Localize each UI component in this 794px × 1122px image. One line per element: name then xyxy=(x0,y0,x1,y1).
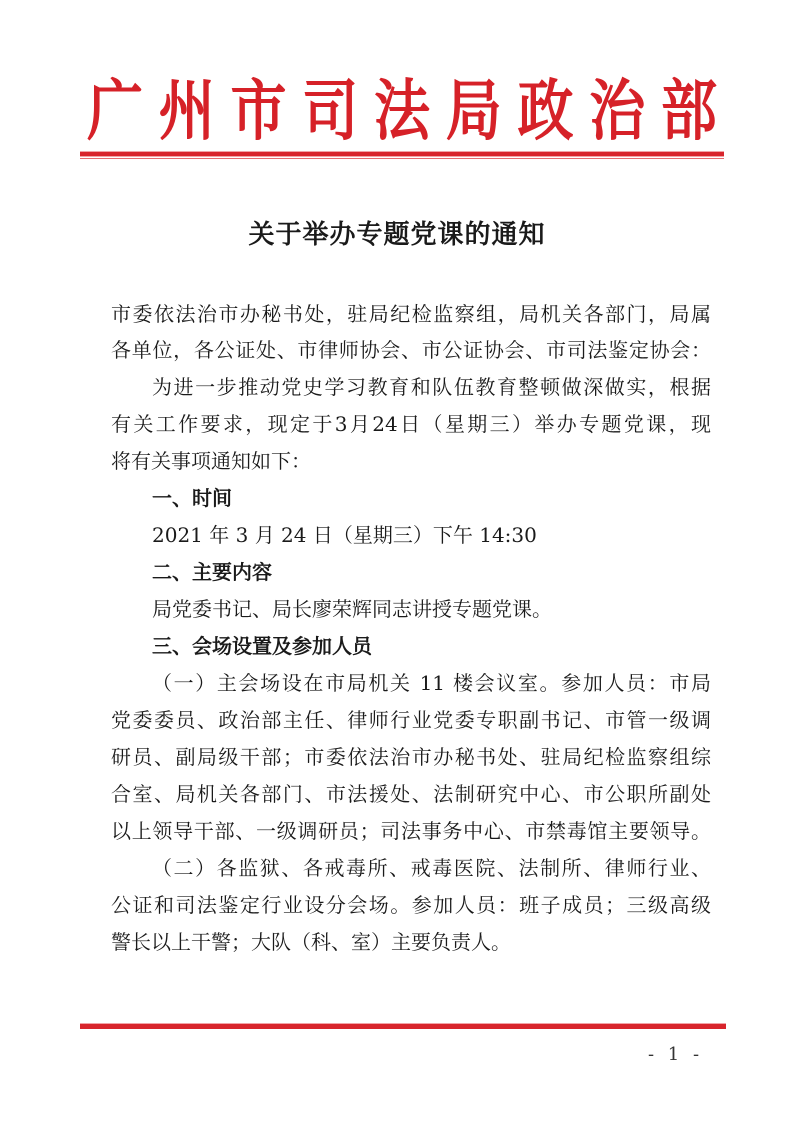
letterhead-char: 治 xyxy=(584,72,650,150)
letterhead-org-name: 广 州 市 司 法 局 政 治 部 xyxy=(82,78,722,144)
body-text-line: 市委依法治市办秘书处，驻局纪检监察组，局机关各部门，局属 xyxy=(111,296,711,332)
letterhead-char: 州 xyxy=(154,72,220,150)
section-heading: 三、会场设置及参加人员 xyxy=(152,628,711,664)
letterhead-char: 政 xyxy=(513,72,579,150)
letterhead-char: 法 xyxy=(369,72,435,150)
body-text-line: 公证和司法鉴定行业设分会场。参加人员：班子成员；三级高级 xyxy=(111,887,711,923)
body-text-line: 有关工作要求，现定于3月24日（星期三）举办专题党课，现 xyxy=(111,406,711,442)
section-heading: 二、主要内容 xyxy=(152,554,711,590)
letterhead-char: 部 xyxy=(656,72,722,150)
body-text-line: 党委委员、政治部主任、律师行业党委专职副书记、市管一级调 xyxy=(111,702,711,738)
body-text-line: 以上领导干部、一级调研员；司法事务中心、市禁毒馆主要领导。 xyxy=(111,813,711,849)
body-text-line: 2021 年 3 月 24 日（星期三）下午 14:30 xyxy=(152,517,711,553)
body-text-line: 局党委书记、局长廖荣辉同志讲授专题党课。 xyxy=(152,591,711,627)
body-text-line: （二）各监狱、各戒毒所、戒毒医院、法制所、律师行业、 xyxy=(152,850,711,886)
letterhead-char: 市 xyxy=(226,72,292,150)
letterhead-red-rule-thin xyxy=(80,158,724,159)
letterhead-red-rule xyxy=(80,152,724,156)
body-text-line: 合室、局机关各部门、市法援处、法制研究中心、市公职所副处 xyxy=(111,776,711,812)
body-text-line: 各单位，各公证处、市律师协会、市公证协会、市司法鉴定协会： xyxy=(111,332,711,368)
section-heading: 一、时间 xyxy=(152,480,711,516)
letterhead-char: 局 xyxy=(441,72,507,150)
body-text-line: （一）主会场设在市局机关 11 楼会议室。参加人员：市局 xyxy=(152,665,711,701)
body-text-line: 将有关事项通知如下： xyxy=(111,443,711,479)
body-text-line: 为进一步推动党史学习教育和队伍教育整顿做深做实，根据 xyxy=(152,369,711,405)
body-text-line: 研员、副局级干部；市委依法治市办秘书处、驻局纪检监察组综 xyxy=(111,739,711,775)
page-number: - 1 - xyxy=(648,1044,703,1065)
body-text-line: 警长以上干警；大队（科、室）主要负责人。 xyxy=(111,924,711,960)
letterhead-char: 司 xyxy=(297,72,363,150)
document-title: 关于举办专题党课的通知 xyxy=(0,214,794,251)
footer-red-rule xyxy=(80,1024,726,1029)
letterhead-char: 广 xyxy=(82,72,148,150)
